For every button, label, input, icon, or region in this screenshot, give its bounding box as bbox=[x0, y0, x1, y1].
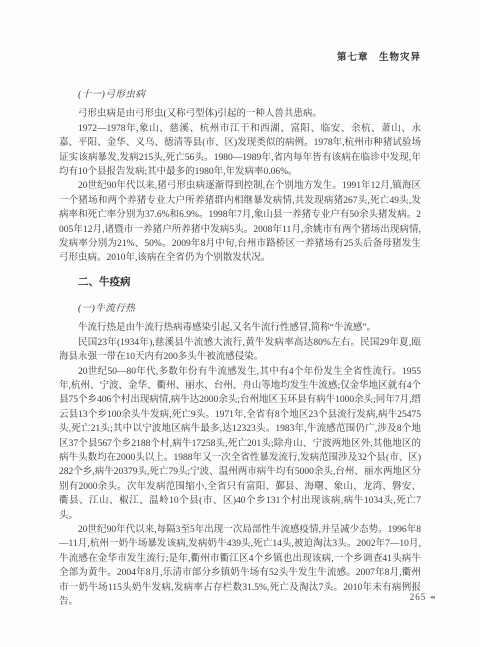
section-heading-cattle-epidemics: 二、牛疫病 bbox=[78, 275, 421, 290]
paragraph-bef-1990s-2010: 20世纪90年代以来,每隔3至5年出现一次局部性牛流感疫情,并呈减少态势。199… bbox=[59, 523, 421, 609]
subsection-heading-bovine-ephemeral-fever: (一)牛流行热 bbox=[78, 302, 421, 316]
paragraph-bef-1950s-1980s: 20世纪50—80年代,多数年份有牛流感发生,其中有4个年份发生全省性流行。19… bbox=[59, 365, 421, 523]
page-number: 265 bbox=[410, 592, 427, 602]
page-footer: 265 ◂◂ bbox=[410, 592, 434, 602]
page-body: (十一)弓形虫病 弓形虫病是由弓形虫(又称弓型体)引起的一种人兽共患病。 197… bbox=[59, 84, 421, 609]
running-header-chapter-title: 第七章 生物灾异 bbox=[337, 49, 421, 63]
document-page: 第七章 生物灾异 (十一)弓形虫病 弓形虫病是由弓形虫(又称弓型体)引起的一种人… bbox=[0, 0, 480, 647]
paragraph-bef-intro: 牛流行热是由牛流行热病毒感染引起,又名牛流行性感冒,简称“牛流感”。 bbox=[59, 321, 421, 335]
paragraph-toxoplasmosis-intro: 弓形虫病是由弓形虫(又称弓型体)引起的一种人兽共患病。 bbox=[59, 107, 421, 121]
section-heading-toxoplasmosis: (十一)弓形虫病 bbox=[78, 88, 421, 102]
paragraph-toxoplasmosis-1990s-2010: 20世纪90年代以来,猪弓形虫病逐渐得到控制,在个别地方发生。1991年12月,… bbox=[59, 179, 421, 265]
paragraph-bef-republic-era: 民国23年(1934年),慈溪县牛流感大流行,黄牛发病率高达80%左右。民国29… bbox=[59, 336, 421, 365]
paragraph-toxoplasmosis-1972-1989: 1972—1978年,象山、慈溪、杭州市江干和西湖、富阳、临安、余杭、萧山、永嘉… bbox=[59, 122, 421, 180]
page-corner-marker-icon: ◂◂ bbox=[429, 594, 434, 601]
